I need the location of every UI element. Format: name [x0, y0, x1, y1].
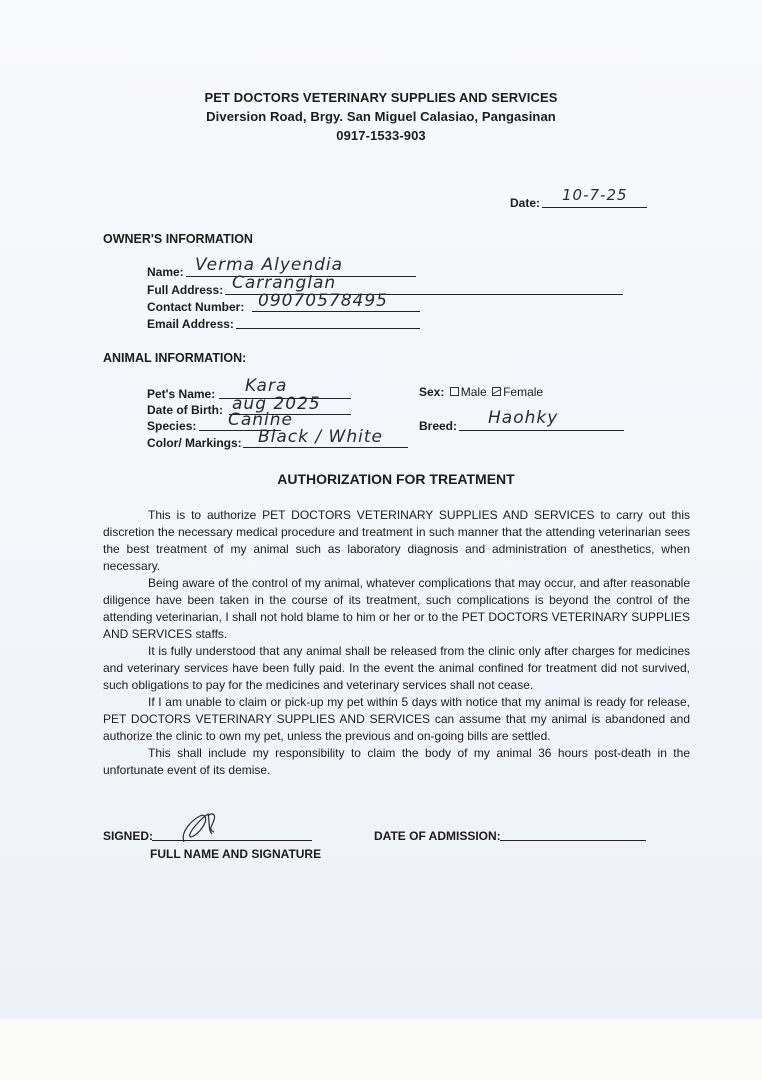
owner-name-label: Name:: [147, 265, 184, 279]
handwritten-signature-icon: [178, 810, 228, 848]
owner-contact-field[interactable]: [252, 311, 420, 312]
color-field[interactable]: [243, 447, 408, 448]
authorization-paragraph: It is fully understood that any animal s…: [103, 643, 690, 694]
owner-contact-value: 09070578495: [258, 291, 388, 311]
male-checkbox[interactable]: [450, 387, 459, 396]
authorization-paragraph: If I am unable to claim or pick-up my pe…: [103, 694, 690, 745]
owner-address-value: Carranglan: [232, 273, 336, 293]
dob-label: Date of Birth:: [147, 403, 223, 417]
sex-label: Sex:: [419, 385, 444, 399]
authorization-paragraph: This shall include my responsibility to …: [103, 745, 690, 779]
authorization-paragraph: Being aware of the control of my animal,…: [103, 575, 690, 643]
admission-date-field[interactable]: [500, 840, 646, 841]
date-value: 10-7-25: [562, 186, 628, 204]
owner-section-title: OWNER'S INFORMATION: [103, 232, 253, 246]
admission-date-label: DATE OF ADMISSION:: [374, 829, 501, 843]
date-field-line[interactable]: [542, 207, 647, 208]
breed-field[interactable]: [459, 430, 624, 431]
owner-email-label: Email Address:: [147, 317, 234, 331]
breed-value: Haohky: [488, 408, 558, 428]
signature-field[interactable]: [152, 840, 312, 841]
female-option-label: Female: [503, 385, 543, 399]
business-phone: 0917-1533-903: [0, 128, 762, 143]
owner-name-value: Verma Alyendia: [195, 255, 343, 275]
breed-label: Breed:: [419, 419, 457, 433]
color-label: Color/ Markings:: [147, 436, 242, 450]
scanner-background: [0, 1019, 762, 1080]
business-name: PET DOCTORS VETERINARY SUPPLIES AND SERV…: [0, 90, 762, 105]
female-checkbox[interactable]: [492, 387, 501, 396]
signature-caption: FULL NAME AND SIGNATURE: [150, 847, 321, 861]
pet-name-label: Pet's Name:: [147, 387, 215, 401]
authorization-body: This is to authorize PET DOCTORS VETERIN…: [103, 507, 690, 779]
animal-section-title: ANIMAL INFORMATION:: [103, 351, 246, 365]
authorization-paragraph: This is to authorize PET DOCTORS VETERIN…: [103, 507, 690, 575]
date-label: Date:: [510, 196, 540, 210]
pet-name-value: Kara: [245, 376, 287, 396]
signed-label: SIGNED:: [103, 829, 153, 843]
owner-contact-label: Contact Number:: [147, 300, 244, 314]
male-option-label: Male: [461, 385, 487, 399]
business-address: Diversion Road, Brgy. San Miguel Calasia…: [0, 109, 762, 124]
color-value: Black / White: [258, 427, 383, 447]
owner-address-label: Full Address:: [147, 283, 223, 297]
species-label: Species:: [147, 419, 196, 433]
sex-field: Sex: Male Female: [419, 385, 543, 399]
owner-email-field[interactable]: [236, 328, 420, 329]
authorization-title: AUTHORIZATION FOR TREATMENT: [0, 471, 762, 487]
